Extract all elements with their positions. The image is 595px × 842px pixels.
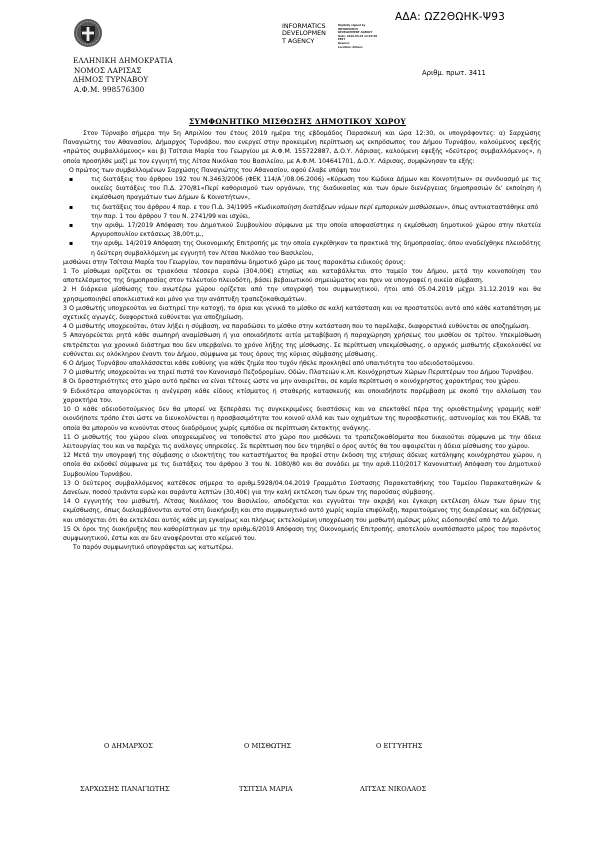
- protocol-number: Αριθμ. πρωτ. 3411: [422, 69, 486, 77]
- term-10: 10 Ο κάθε αδειοδοτούμενος δεν θα μπορεί …: [63, 405, 541, 433]
- term-3: 3 Ο μισθωτής υποχρεούται να διατηρεί την…: [63, 304, 541, 322]
- list-item: την αριθμ. 14/2019 Απόφαση της Οικονομικ…: [91, 239, 541, 257]
- closing-line: Το παρόν συμφωνητικό υπογράφεται ως κατω…: [73, 543, 541, 552]
- lease-statement: μισθώνει στην Τσίτσια Μαρία του Γεωργίου…: [63, 258, 541, 267]
- term-12: 12 Μετά την υπογραφή της σύμβασης ο ιδιο…: [63, 451, 541, 479]
- term-6: 6 Ο Δήμος Τυρνάβου απαλλάσσεται κάθε ευθ…: [63, 359, 541, 368]
- intro-line: Ο πρώτος των συμβαλλομένων Σαρχώσης Πανα…: [69, 166, 541, 175]
- ada-code: ΑΔΑ: ΩΖ2ΘΩΗΚ-Ψ93: [395, 11, 505, 23]
- document-title: ΣΥΜΦΩΝΗΤΙΚΟ ΜΙΣΘΩΣΗΣ ΔΗΜΟΤΙΚΟΥ ΧΩΡΟΥ: [189, 117, 406, 126]
- name-guarantor: ΛΙΤΣΑΣ ΝΙΚΟΛΑΟΣ: [360, 785, 426, 793]
- digital-signature-stamp: Digitally signed by INFORMATICS DEVELOPM…: [338, 24, 377, 49]
- term-15: 15 Οι όροι της διακήρυξης που καθορίστηκ…: [63, 525, 541, 543]
- issuer-line: ΕΛΛΗΝΙΚΗ ΔΗΜΟΚΡΑΤΙΑ: [73, 56, 173, 66]
- term-5: 5 Απαγορεύεται ρητά κάθε σιωπηρή αναμίσθ…: [63, 331, 541, 359]
- role-guarantor: Ο ΕΓΓΥΗΤΗΣ: [376, 742, 422, 750]
- term-9: 9 Ειδικότερα απαγορεύεται η ανέγερση κάθ…: [63, 387, 541, 405]
- signature-line: Location: Athens: [338, 46, 377, 50]
- role-lessee: Ο ΜΙΣΘΩΤΗΣ: [244, 742, 291, 750]
- considerations-list: τις διατάξεις του άρθρου 192 του Ν.3463/…: [63, 175, 541, 258]
- list-item: τις διατάξεις του άρθρου 192 του Ν.3463/…: [91, 175, 541, 203]
- term-4: 4 Ο μισθωτής υποχρεούται, όταν λήξει η σ…: [63, 322, 541, 331]
- issuer-block: ΕΛΛΗΝΙΚΗ ΔΗΜΟΚΡΑΤΙΑ ΝΟΜΟΣ ΛΑΡΙΣΑΣ ΔΗΜΟΣ …: [73, 56, 173, 94]
- document-title-wrapper: ΣΥΜΦΩΝΗΤΙΚΟ ΜΙΣΘΩΣΗΣ ΔΗΜΟΤΙΚΟΥ ΧΩΡΟΥ: [0, 109, 595, 128]
- term-2: 2 Η διάρκεια μίσθωσης του ανωτέρω χώρου …: [63, 285, 541, 303]
- role-mayor: Ο ΔΗΜΑΡΧΟΣ: [104, 742, 153, 750]
- list-item: την αριθμ. 17/2019 Απόφαση του Δημοτικού…: [91, 221, 541, 239]
- name-lessee: ΤΣΙΤΣΙΑ ΜΑΡΙΑ: [239, 785, 293, 793]
- term-7: 7 Ο μισθωτής υποχρεούται να τηρεί πιστά …: [63, 368, 541, 377]
- logo-line: T AGENCY: [282, 38, 326, 45]
- name-mayor: ΣΑΡΧΩΣΗΣ ΠΑΝΑΓΙΩΤΗΣ: [80, 785, 170, 793]
- term-11: 11 Ο μισθωτής του χώρου είναι υποχρεωμέν…: [63, 433, 541, 451]
- term-13: 13 Ο δεύτερος συμβαλλόμενος κατέθεσε σήμ…: [63, 479, 541, 497]
- list-item: τις διατάξεις του άρθρου 4 παρ. ε του Π.…: [91, 203, 541, 221]
- issuer-line: ΔΗΜΟΣ ΤΥΡΝΑΒΟΥ: [73, 75, 173, 85]
- term-1: 1 Το μίσθωμα ορίζεται σε τριακόσια τέσσε…: [63, 267, 541, 285]
- term-14: 14 Ο εγγυητής του μισθωτή, Λίτσας Νικόλα…: [63, 497, 541, 525]
- document-body: Στον Τύρναβο σήμερα την 5η Απριλίου του …: [63, 129, 541, 552]
- issuer-line: Α.Φ.Μ. 998576300: [73, 85, 173, 95]
- opening-paragraph: Στον Τύρναβο σήμερα την 5η Απριλίου του …: [63, 129, 541, 166]
- issuer-line: ΝΟΜΟΣ ΛΑΡΙΣΑΣ: [73, 66, 173, 76]
- greek-coat-of-arms-icon: [73, 18, 103, 48]
- term-8: 8 Οι δραστηριότητες στο χώρο αυτό πρέπει…: [63, 377, 541, 386]
- informatics-logo: INFORMATICS DEVELOPMEN T AGENCY: [282, 23, 326, 45]
